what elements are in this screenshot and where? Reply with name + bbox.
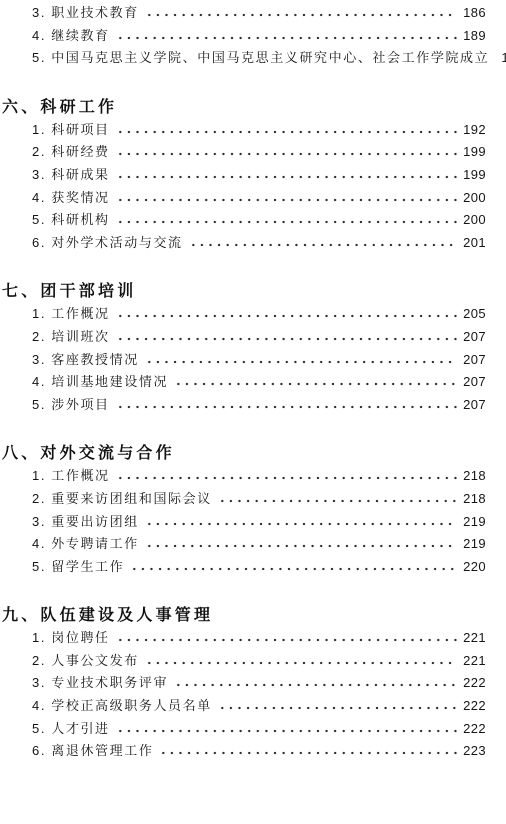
section-heading: 六、科研工作 (2, 96, 486, 119)
toc-entry-page: 220 (462, 556, 486, 579)
dot-leader (114, 314, 457, 318)
toc-entry: 4. 培训基地建设情况207 (2, 371, 486, 394)
toc-section: 九、队伍建设及人事管理1. 岗位聘任2212. 人事公文发布2213. 专业技术… (2, 604, 486, 763)
dot-leader (114, 130, 457, 134)
toc-entry-page: 218 (462, 488, 486, 511)
dot-leader (143, 360, 457, 364)
dot-leader (128, 567, 457, 571)
toc-entry: 5. 人才引进222 (2, 718, 486, 741)
dot-leader (114, 36, 457, 40)
toc-entry-page: 199 (462, 141, 486, 164)
toc-entry: 4. 获奖情况200 (2, 187, 486, 210)
toc-entry: 2. 培训班次207 (2, 326, 486, 349)
dot-leader (216, 706, 457, 710)
toc-entry-label: 3. 职业技术教育 (32, 2, 139, 25)
toc-entry-page: 192 (462, 119, 486, 142)
toc-entry: 3. 科研成果199 (2, 164, 486, 187)
toc-entry-page: 222 (462, 695, 486, 718)
toc-entry-label: 3. 科研成果 (32, 164, 110, 187)
toc-section: 3. 职业技术教育1864. 继续教育1895. 中国马克思主义学院、中国马克思… (2, 2, 486, 70)
toc-entry: 4. 学校正高级职务人员名单222 (2, 695, 486, 718)
toc-entry-label: 4. 外专聘请工作 (32, 533, 139, 556)
toc-entry: 3. 重要出访团组219 (2, 511, 486, 534)
toc-entry: 1. 岗位聘任221 (2, 627, 486, 650)
dot-leader (114, 638, 457, 642)
toc-entry-label: 4. 继续教育 (32, 25, 110, 48)
toc-entry-label: 4. 培训基地建设情况 (32, 371, 168, 394)
toc-page: 3. 职业技术教育1864. 继续教育1895. 中国马克思主义学院、中国马克思… (0, 0, 506, 824)
toc-entry-label: 5. 科研机构 (32, 209, 110, 232)
dot-leader (216, 499, 457, 503)
toc-entry-page: 207 (462, 349, 486, 372)
toc-entry-page: 222 (462, 718, 486, 741)
toc-entry-label: 4. 学校正高级职务人员名单 (32, 695, 212, 718)
toc-entry: 1. 工作概况205 (2, 303, 486, 326)
toc-entry-page: 205 (462, 303, 486, 326)
toc-entry-label: 2. 重要来访团组和国际会议 (32, 488, 212, 511)
dot-leader (114, 220, 457, 224)
toc-entry: 4. 继续教育189 (2, 25, 486, 48)
toc-entry-page: 219 (462, 511, 486, 534)
toc-entry-label: 5. 留学生工作 (32, 556, 124, 579)
toc-entry: 5. 科研机构200 (2, 209, 486, 232)
dot-leader (172, 382, 457, 386)
section-heading: 九、队伍建设及人事管理 (2, 604, 486, 627)
toc-section: 八、对外交流与合作1. 工作概况2182. 重要来访团组和国际会议2183. 重… (2, 442, 486, 578)
toc-entry-label: 3. 客座教授情况 (32, 349, 139, 372)
toc-entry-page: 207 (462, 371, 486, 394)
toc-entry: 6. 离退休管理工作223 (2, 740, 486, 763)
toc-entry: 5. 中国马克思主义学院、中国马克思主义研究中心、社会工作学院成立190 (2, 47, 486, 70)
toc-entry: 2. 重要来访团组和国际会议218 (2, 488, 486, 511)
toc-entry-label: 5. 涉外项目 (32, 394, 110, 417)
toc-entry-page: 201 (462, 232, 486, 255)
toc-entry-label: 3. 重要出访团组 (32, 511, 139, 534)
toc-entry-page: 200 (462, 187, 486, 210)
dot-leader (143, 544, 457, 548)
toc-entry: 2. 人事公文发布221 (2, 650, 486, 673)
toc-entry-page: 207 (462, 326, 486, 349)
toc-entry-label: 6. 离退休管理工作 (32, 740, 153, 763)
toc-entry: 1. 工作概况218 (2, 465, 486, 488)
toc-entry-label: 6. 对外学术活动与交流 (32, 232, 183, 255)
dot-leader (493, 58, 495, 62)
dot-leader (114, 175, 457, 179)
toc-entry-label: 1. 科研项目 (32, 119, 110, 142)
toc-entry-page: 223 (462, 740, 486, 763)
dot-leader (114, 198, 457, 202)
dot-leader (114, 729, 457, 733)
toc-entry-page: 199 (462, 164, 486, 187)
toc-entry-label: 1. 岗位聘任 (32, 627, 110, 650)
toc-entry-page: 219 (462, 533, 486, 556)
toc-entry-page: 222 (462, 672, 486, 695)
toc-entry: 2. 科研经费199 (2, 141, 486, 164)
toc-section: 六、科研工作1. 科研项目1922. 科研经费1993. 科研成果1994. 获… (2, 96, 486, 255)
dot-leader (114, 337, 457, 341)
dot-leader (143, 13, 457, 17)
dot-leader (114, 405, 457, 409)
toc-entry-page: 221 (462, 650, 486, 673)
toc-entry-page: 207 (462, 394, 486, 417)
dot-leader (143, 661, 457, 665)
dot-leader (157, 751, 457, 755)
toc-entry: 6. 对外学术活动与交流201 (2, 232, 486, 255)
dot-leader (114, 152, 457, 156)
toc-entry: 3. 职业技术教育186 (2, 2, 486, 25)
dot-leader (143, 522, 457, 526)
dot-leader (114, 476, 457, 480)
toc-entry-label: 4. 获奖情况 (32, 187, 110, 210)
toc-entry-page: 190 (500, 47, 506, 70)
section-heading: 八、对外交流与合作 (2, 442, 486, 465)
toc-entry-label: 2. 人事公文发布 (32, 650, 139, 673)
toc-entry-page: 186 (462, 2, 486, 25)
toc-entry-page: 189 (462, 25, 486, 48)
toc-entry: 3. 专业技术职务评审222 (2, 672, 486, 695)
toc-entry: 3. 客座教授情况207 (2, 349, 486, 372)
toc-entry-label: 2. 培训班次 (32, 326, 110, 349)
toc-entry: 5. 涉外项目207 (2, 394, 486, 417)
toc-entry-label: 3. 专业技术职务评审 (32, 672, 168, 695)
toc-section: 七、团干部培训1. 工作概况2052. 培训班次2073. 客座教授情况2074… (2, 280, 486, 416)
toc-entry: 5. 留学生工作220 (2, 556, 486, 579)
toc-entry: 1. 科研项目192 (2, 119, 486, 142)
dot-leader (187, 243, 457, 247)
dot-leader (172, 683, 457, 687)
toc-entry-label: 1. 工作概况 (32, 303, 110, 326)
toc-entry-page: 221 (462, 627, 486, 650)
toc-entry-label: 5. 人才引进 (32, 718, 110, 741)
toc-entry-label: 2. 科研经费 (32, 141, 110, 164)
toc-entry-label: 5. 中国马克思主义学院、中国马克思主义研究中心、社会工作学院成立 (32, 47, 489, 70)
section-heading: 七、团干部培训 (2, 280, 486, 303)
toc-entry-page: 218 (462, 465, 486, 488)
toc-entry-label: 1. 工作概况 (32, 465, 110, 488)
toc-entry-page: 200 (462, 209, 486, 232)
toc-entry: 4. 外专聘请工作219 (2, 533, 486, 556)
